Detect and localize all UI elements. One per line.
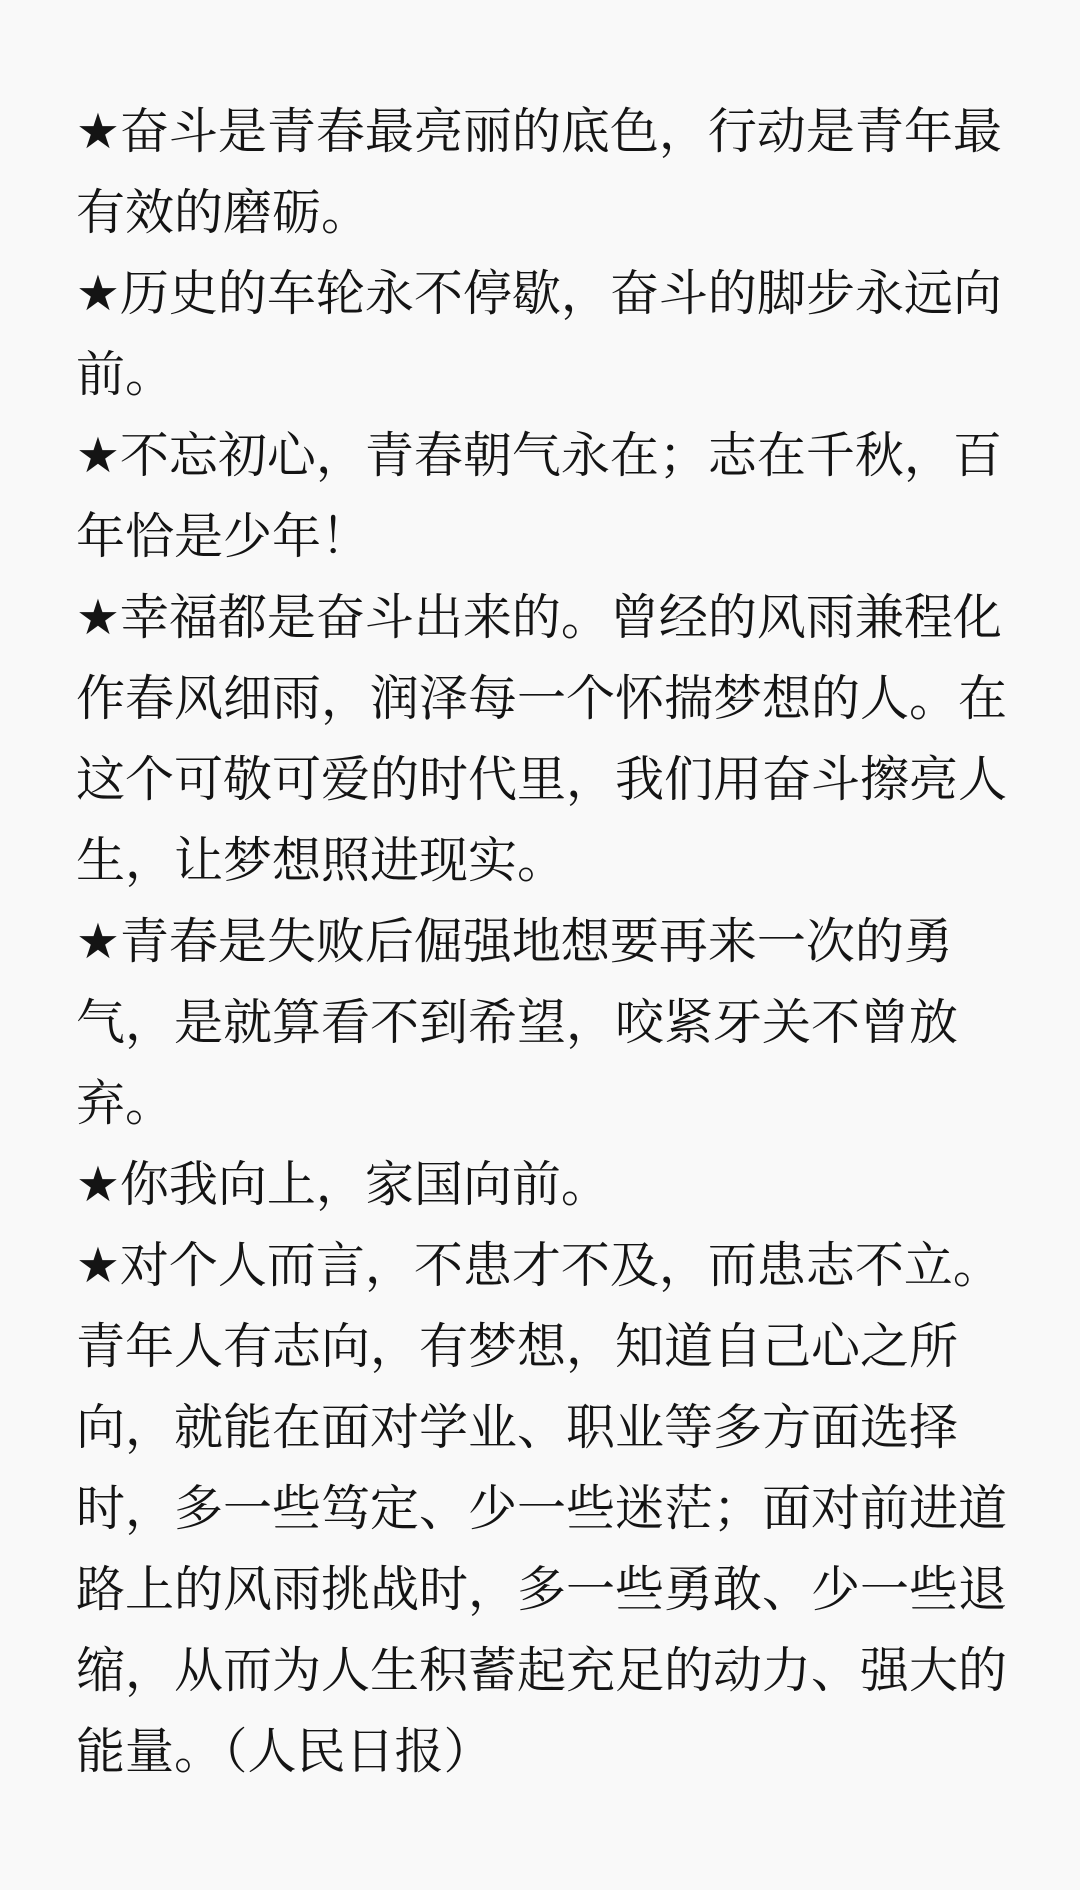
text-line: 这个可敬可爱的时代里，我们用奋斗擦亮人 (76, 740, 1025, 821)
text-line: 气，是就算看不到希望，咬紧牙关不曾放 (76, 983, 1025, 1064)
text-line: ★幸福都是奋斗出来的。曾经的风雨兼程化 (76, 578, 1025, 659)
text-line: 生，让梦想照进现实。 (76, 821, 1025, 902)
text-line: 路上的风雨挑战时，多一些勇敢、少一些退 (76, 1550, 1025, 1631)
text-line: ★你我向上，家国向前。 (76, 1145, 1025, 1226)
text-line: ★历史的车轮永不停歇，奋斗的脚步永远向 (76, 254, 1025, 335)
text-line: 前。 (76, 335, 1025, 416)
quote-text-page: ★奋斗是青春最亮丽的底色，行动是青年最有效的磨砺。★历史的车轮永不停歇，奋斗的脚… (0, 0, 1080, 1890)
text-line: ★奋斗是青春最亮丽的底色，行动是青年最 (76, 92, 1025, 173)
quote-text-block: ★奋斗是青春最亮丽的底色，行动是青年最有效的磨砺。★历史的车轮永不停歇，奋斗的脚… (0, 0, 1080, 1793)
text-line: 青年人有志向，有梦想，知道自己心之所 (76, 1307, 1025, 1388)
text-line: 时，多一些笃定、少一些迷茫；面对前进道 (76, 1469, 1025, 1550)
text-line: 缩，从而为人生积蓄起充足的动力、强大的 (76, 1631, 1025, 1712)
text-line: 年恰是少年！ (76, 497, 1025, 578)
text-line: 有效的磨砺。 (76, 173, 1025, 254)
text-line: 能量。（人民日报） (76, 1712, 1025, 1793)
text-line: 作春风细雨，润泽每一个怀揣梦想的人。在 (76, 659, 1025, 740)
text-line: 向，就能在面对学业、职业等多方面选择 (76, 1388, 1025, 1469)
text-line: ★不忘初心，青春朝气永在；志在千秋，百 (76, 416, 1025, 497)
text-line: ★对个人而言，不患才不及，而患志不立。 (76, 1226, 1025, 1307)
text-line: ★青春是失败后倔强地想要再来一次的勇 (76, 902, 1025, 983)
text-line: 弃。 (76, 1064, 1025, 1145)
